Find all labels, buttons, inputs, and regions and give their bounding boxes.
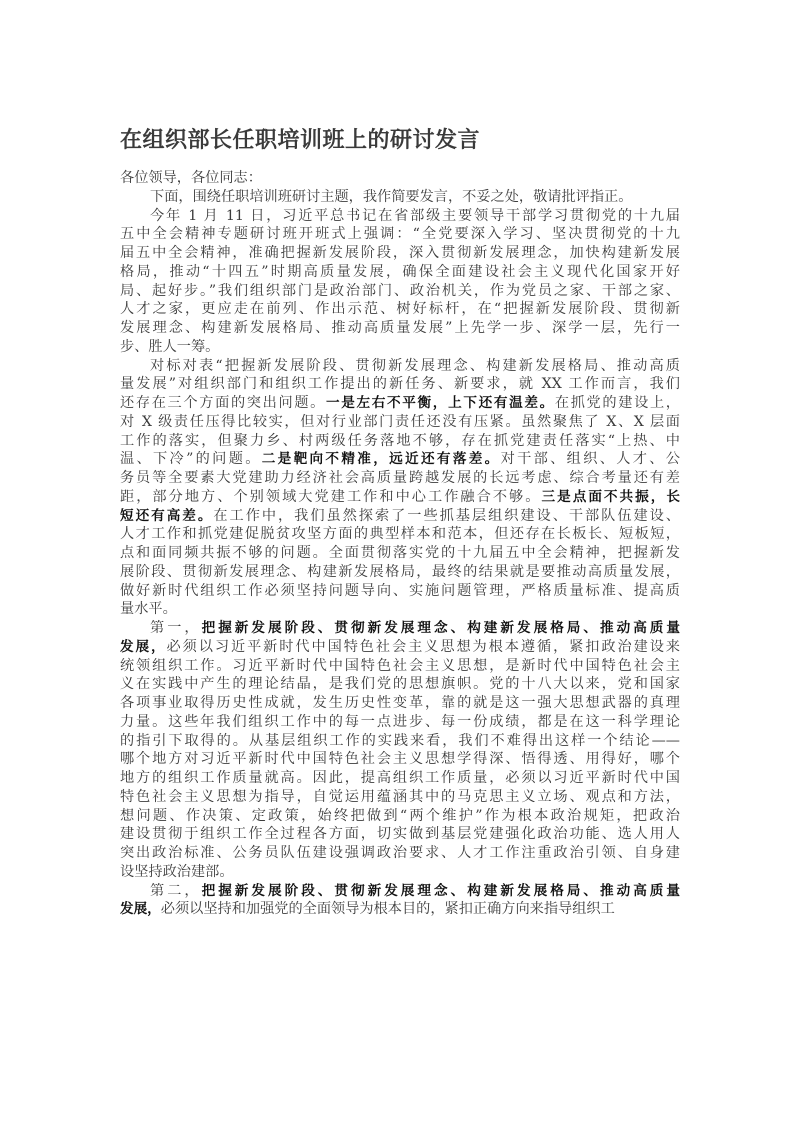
text: 做好新时代组织工作必须坚持问题导向、实施问题管理，严格质量标准、提高质	[120, 583, 680, 599]
bold-text: 短还有高差。	[120, 508, 213, 524]
paragraph-line: 建设贯彻于组织工作全过程各方面，切实做到基层党建强化政治功能、选人用人	[120, 825, 680, 844]
paragraph-line: 还存在三个方面的突出问题。一是左右不平衡，上下还有温差。在抓党的建设上，	[120, 394, 680, 413]
paragraph-line: 短还有高差。在工作中，我们虽然探索了一些抓基层组织建设、干部队伍建设、	[120, 507, 680, 526]
text: 温、下冷”的问题。	[120, 451, 262, 467]
text: 在抓党的建设上，	[555, 395, 680, 411]
paragraph-line: 的指引下取得的。从基层组织工作的实践来看，我们不难得出这样一个结论——	[120, 732, 680, 751]
paragraph-line: 地方的组织工作质量就高。因此，提高组织工作质量，必须以习近平新时代中国	[120, 769, 680, 788]
text: 统领组织工作。习近平新时代中国特色社会主义思想，是新时代中国特色社会主	[120, 658, 680, 674]
text: 各项事业取得历史性成就，发生历史性变革，靠的就是这一强大思想武器的真理	[120, 695, 680, 711]
paragraph-line: 第一，把握新发展阶段、贯彻新发展理念、构建新发展格局、推动高质量	[120, 619, 680, 638]
text: 地方的组织工作质量就高。因此，提高组织工作质量，必须以习近平新时代中国	[120, 770, 680, 786]
paragraph-line: 人才之家，更应走在前列、作出示范、树好标杆，在“把握新发展阶段、贯彻新	[120, 300, 680, 319]
paragraph-line: 特色社会主义思想为指导，自觉运用蕴涵其中的马克思主义立场、观点和方法，	[120, 788, 680, 807]
document-title: 在组织部长任职培训班上的研讨发言	[120, 123, 480, 154]
text: 发展理念、构建新发展格局、推动高质量发展”上先学一步、深学一层，先行一	[120, 320, 680, 336]
text: 量水平。	[120, 601, 177, 617]
paragraph-line: 格局，推动“十四五”时期高质量发展，确保全面建设社会主义现代化国家开好	[120, 263, 680, 282]
bold-text: 把握新发展阶段、贯彻新发展理念、构建新发展格局、推动高质量	[202, 883, 680, 899]
text: 第二，	[150, 883, 202, 899]
text: 人才工作和抓党建促脱贫攻坚方面的典型样本和范本，但还存在长板长、短板短，	[120, 526, 680, 542]
bold-text: 发展，	[120, 901, 161, 917]
text: 五中全会精神专题研讨班开班式上强调：“全党要深入学习、坚决贯彻党的十九	[120, 226, 680, 242]
paragraph-line: 务员等全要素大党建助力经济社会高质量跨越发展的长远考虑、综合考量还有差	[120, 469, 680, 488]
text: 设坚持政治建部。	[120, 864, 234, 880]
text: 第一，	[150, 620, 202, 636]
text: 对标对表“把握新发展阶段、贯彻新发展理念、构建新发展格局、推动高质	[150, 358, 680, 374]
text: 建设贯彻于组织工作全过程各方面，切实做到基层党建强化政治功能、选人用人	[120, 826, 680, 842]
paragraph-line: 统领组织工作。习近平新时代中国特色社会主义思想，是新时代中国特色社会主	[120, 657, 680, 676]
paragraph-line: 今年 1 月 11 日，习近平总书记在省部级主要领导干部学习贯彻党的十九届	[120, 207, 680, 226]
text: 届五中全会精神，准确把握新发展阶段，深入贯彻新发展理念，加快构建新发展	[120, 245, 680, 261]
paragraph-line: 局、起好步。”我们组织部门是政治部门、政治机关，作为党员之家、干部之家、	[120, 282, 680, 301]
bold-text: 把握新发展阶段、贯彻新发展理念、构建新发展格局、推动高质量	[202, 620, 680, 636]
paragraph-line: 各项事业取得历史性成就，发生历史性变革，靠的就是这一强大思想武器的真理	[120, 694, 680, 713]
text: 距，部分地方、个别领域大党建工作和中心工作融合不够。	[120, 489, 541, 505]
text: 步、胜人一筹。	[120, 339, 219, 355]
document-page: 在组织部长任职培训班上的研讨发言 各位领导，各位同志： 下面，围绕任职培训班研讨…	[0, 0, 793, 1122]
text: 局、起好步。”我们组织部门是政治部门、政治机关，作为党员之家、干部之家、	[120, 283, 680, 299]
paragraph-line: 步、胜人一筹。	[120, 338, 680, 357]
text: 还存在三个方面的突出问题。	[120, 395, 326, 411]
text: 人才之家，更应走在前列、作出示范、树好标杆，在“把握新发展阶段、贯彻新	[120, 301, 680, 317]
paragraph-line: 距，部分地方、个别领域大党建工作和中心工作融合不够。三是点面不共振，长	[120, 488, 680, 507]
paragraph-line: 想问题、作决策、定政策，始终把做到“两个维护”作为根本政治规矩，把政治	[120, 807, 680, 826]
paragraph-line: 设坚持政治建部。	[120, 863, 680, 882]
paragraph-line: 人才工作和抓党建促脱贫攻坚方面的典型样本和范本，但还存在长板长、短板短，	[120, 525, 680, 544]
text: 对干部、组织、人才、公	[501, 451, 680, 467]
paragraph-line: 发展，必须以坚持和加强党的全面领导为根本目的，紧扣正确方向来指导组织工	[120, 900, 680, 919]
text: 对 X 级责任压得比较实，但对行业部门责任还没有压紧。虽然聚焦了 X、X 层面	[120, 414, 680, 430]
paragraph-line: 做好新时代组织工作必须坚持问题导向、实施问题管理，严格质量标准、提高质	[120, 582, 680, 601]
text: 点和面同频共振不够的问题。全面贯彻落实党的十九届五中全会精神，把握新发	[120, 545, 680, 561]
paragraph-line: 点和面同频共振不够的问题。全面贯彻落实党的十九届五中全会精神，把握新发	[120, 544, 680, 563]
paragraph-line: 温、下冷”的问题。二是靶向不精准，远近还有落差。对干部、组织、人才、公	[120, 450, 680, 469]
paragraph-line: 义在实践中产生的理论结晶，是我们党的思想旗帜。党的十八大以来，党和国家	[120, 675, 680, 694]
text: 务员等全要素大党建助力经济社会高质量跨越发展的长远考虑、综合考量还有差	[120, 470, 680, 486]
paragraph-line: 第二，把握新发展阶段、贯彻新发展理念、构建新发展格局、推动高质量	[120, 882, 680, 901]
text: 今年 1 月 11 日，习近平总书记在省部级主要领导干部学习贯彻党的十九届	[150, 208, 680, 224]
paragraph-line: 下面，围绕任职培训班研讨主题，我作简要发言，不妥之处，敬请批评指正。	[120, 188, 680, 207]
paragraph-line: 届五中全会精神，准确把握新发展阶段，深入贯彻新发展理念，加快构建新发展	[120, 244, 680, 263]
text: 必须以坚持和加强党的全面领导为根本目的，紧扣正确方向来指导组织工	[161, 901, 615, 917]
text: 在工作中，我们虽然探索了一些抓基层组织建设、干部队伍建设、	[213, 508, 680, 524]
bold-text: 三是点面不共振，长	[541, 489, 680, 505]
text: 下面，围绕任职培训班研讨主题，我作简要发言，不妥之处，敬请批评指正。	[150, 189, 632, 205]
text: 格局，推动“十四五”时期高质量发展，确保全面建设社会主义现代化国家开好	[120, 264, 680, 280]
text: 必须以习近平新时代中国特色社会主义思想为根本遵循，紧扣政治建设来	[167, 639, 680, 655]
salutation: 各位领导，各位同志：	[120, 169, 680, 188]
paragraph-line: 量水平。	[120, 600, 680, 619]
paragraph-line: 哪个地方对习近平新时代中国特色社会主义思想学得深、悟得透、用得好，哪个	[120, 750, 680, 769]
bold-text: 发展，	[120, 639, 167, 655]
document-body: 各位领导，各位同志： 下面，围绕任职培训班研讨主题，我作简要发言，不妥之处，敬请…	[120, 169, 680, 919]
paragraph-line: 力量。这些年我们组织工作中的每一点进步、每一份成绩，都是在这一科学理论	[120, 713, 680, 732]
paragraph-line: 对 X 级责任压得比较实，但对行业部门责任还没有压紧。虽然聚焦了 X、X 层面	[120, 413, 680, 432]
paragraph-line: 发展，必须以习近平新时代中国特色社会主义思想为根本遵循，紧扣政治建设来	[120, 638, 680, 657]
text: 义在实践中产生的理论结晶，是我们党的思想旗帜。党的十八大以来，党和国家	[120, 676, 680, 692]
text: 的指引下取得的。从基层组织工作的实践来看，我们不难得出这样一个结论——	[120, 733, 680, 749]
paragraph-line: 工作的落实，但聚力乡、村两级任务落地不够，存在抓党建责任落实“上热、中	[120, 432, 680, 451]
bold-text: 二是靶向不精准，远近还有落差。	[262, 451, 501, 467]
text: 工作的落实，但聚力乡、村两级任务落地不够，存在抓党建责任落实“上热、中	[120, 433, 680, 449]
text: 突出政治标准、公务员队伍建设强调政治要求、人才工作注重政治引领、自身建	[120, 845, 680, 861]
paragraph-line: 突出政治标准、公务员队伍建设强调政治要求、人才工作注重政治引领、自身建	[120, 844, 680, 863]
paragraph-line: 发展理念、构建新发展格局、推动高质量发展”上先学一步、深学一层，先行一	[120, 319, 680, 338]
text: 展阶段、贯彻新发展理念、构建新发展格局，最终的结果就是要推动高质量发展，	[120, 564, 680, 580]
bold-text: 一是左右不平衡，上下还有温差。	[326, 395, 555, 411]
text: 量发展”对组织部门和组织工作提出的新任务、新要求，就 XX 工作而言，我们	[120, 376, 680, 392]
text: 特色社会主义思想为指导，自觉运用蕴涵其中的马克思主义立场、观点和方法，	[120, 789, 680, 805]
text: 想问题、作决策、定政策，始终把做到“两个维护”作为根本政治规矩，把政治	[120, 808, 680, 824]
text: 力量。这些年我们组织工作中的每一点进步、每一份成绩，都是在这一科学理论	[120, 714, 680, 730]
paragraph-line: 五中全会精神专题研讨班开班式上强调：“全党要深入学习、坚决贯彻党的十九	[120, 225, 680, 244]
paragraph-line: 量发展”对组织部门和组织工作提出的新任务、新要求，就 XX 工作而言，我们	[120, 375, 680, 394]
paragraph-line: 对标对表“把握新发展阶段、贯彻新发展理念、构建新发展格局、推动高质	[120, 357, 680, 376]
text: 哪个地方对习近平新时代中国特色社会主义思想学得深、悟得透、用得好，哪个	[120, 751, 680, 767]
paragraph-line: 展阶段、贯彻新发展理念、构建新发展格局，最终的结果就是要推动高质量发展，	[120, 563, 680, 582]
